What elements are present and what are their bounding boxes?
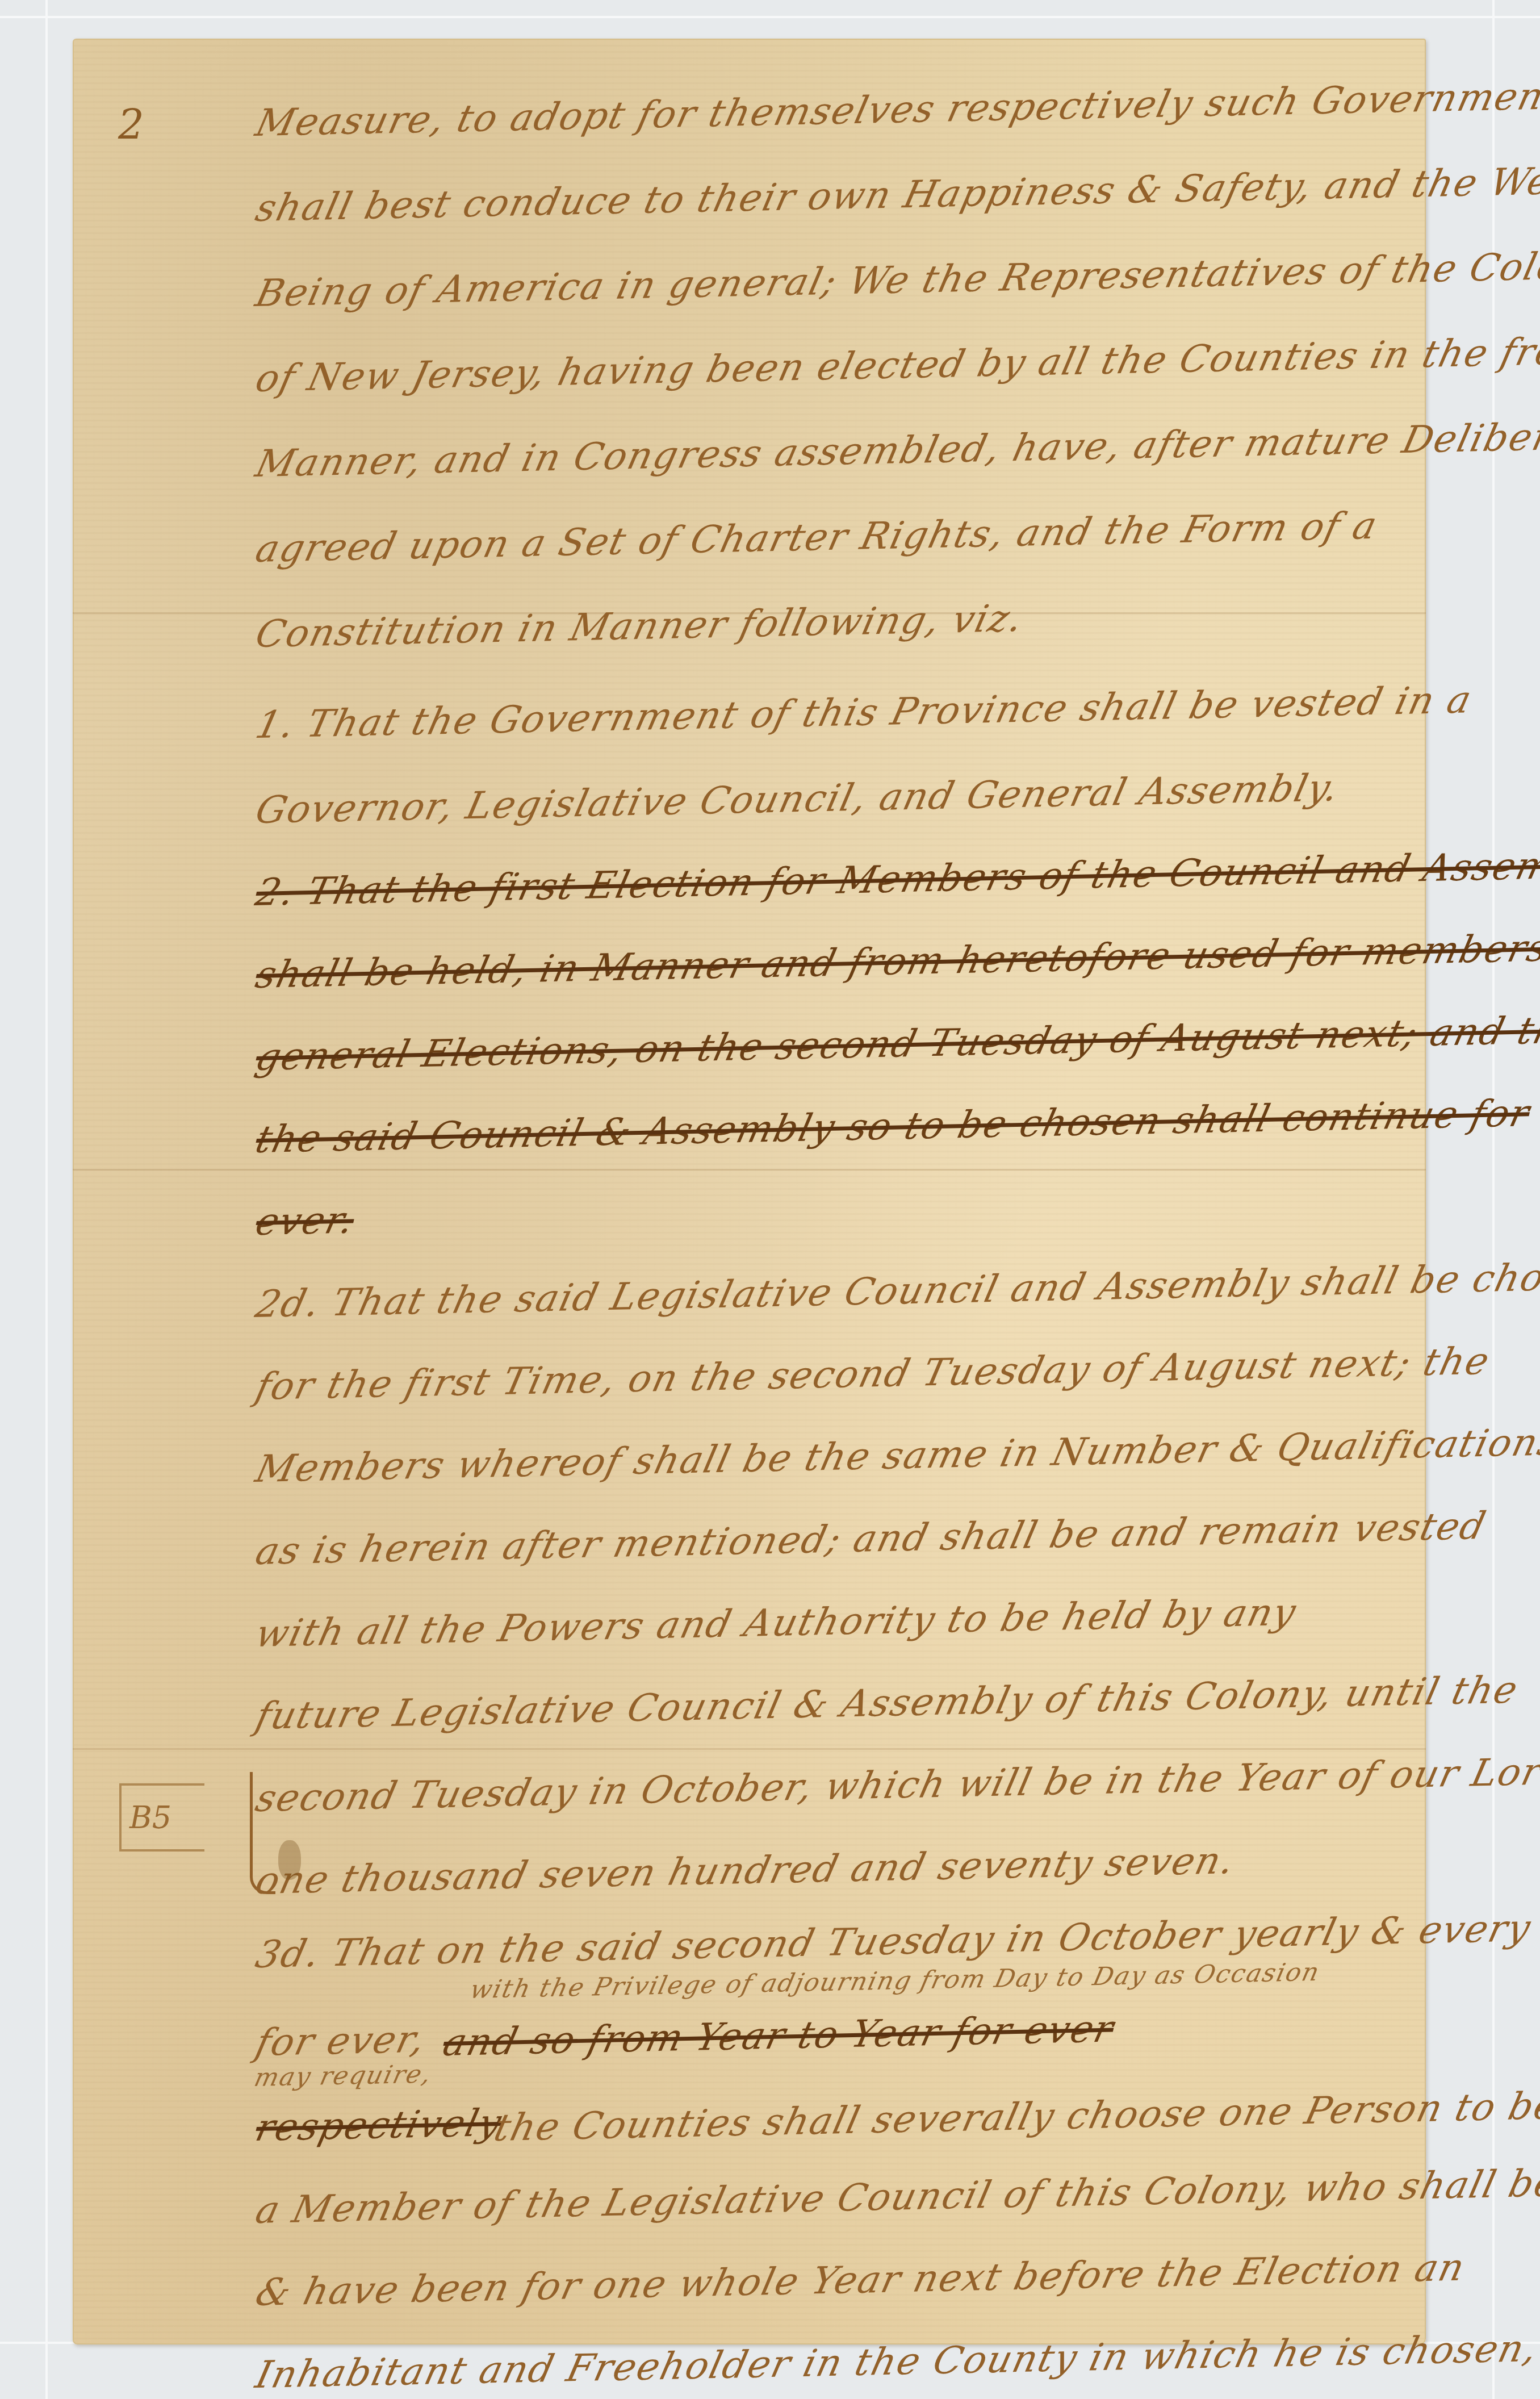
page-number: 2 bbox=[118, 101, 144, 149]
struck-article-line: ever. bbox=[252, 1198, 359, 1244]
article-3-line: for ever, bbox=[252, 2017, 430, 2064]
struck-fragment: and so from Year to Year for ever bbox=[439, 2007, 1119, 2064]
fold-line bbox=[73, 1748, 1426, 1750]
article-3-line: 3d. That on the said second Tuesday in O… bbox=[252, 1904, 1540, 1976]
interlinear-insertion: may require, bbox=[252, 2060, 435, 2092]
article-2-line: for the first Time, on the second Tuesda… bbox=[252, 1339, 1494, 1409]
article-3-line: a Member of the Legislative Council of t… bbox=[252, 2161, 1540, 2232]
ink-stain bbox=[278, 1840, 301, 1880]
article-3-line: the Counties shall severally choose one … bbox=[490, 2084, 1540, 2150]
article-1-line: 1. That the Government of this Province … bbox=[252, 678, 1476, 747]
mount-line-top bbox=[0, 16, 1540, 18]
preamble-line: Manner, and in Congress assembled, have,… bbox=[252, 412, 1540, 486]
fold-line bbox=[73, 1169, 1426, 1171]
article-2-line: 2d. That the said Legislative Council an… bbox=[252, 1254, 1540, 1326]
preamble-line: Constitution in Manner following, viz. bbox=[252, 596, 1028, 656]
preamble-line: Being of America in general; We the Repr… bbox=[252, 243, 1540, 315]
article-2-line: Members whereof shall be the same in Num… bbox=[252, 1420, 1540, 1491]
struck-article-line: the said Council & Assembly so to be cho… bbox=[252, 1091, 1534, 1161]
struck-article-line: shall be held, in Manner and from hereto… bbox=[252, 925, 1540, 997]
article-3-line: Inhabitant and Freeholder in the County … bbox=[252, 2326, 1540, 2397]
article-2-line: with all the Powers and Authority to be … bbox=[252, 1590, 1301, 1656]
margin-note: B5 bbox=[129, 1800, 171, 1836]
article-2-line: one thousand seven hundred and seventy s… bbox=[252, 1838, 1239, 1903]
struck-fragment: respectively bbox=[252, 2101, 507, 2150]
preamble-line: Measure, to adopt for themselves respect… bbox=[252, 73, 1540, 145]
preamble-line: shall best conduce to their own Happines… bbox=[252, 158, 1540, 230]
preamble-line: agreed upon a Set of Charter Rights, and… bbox=[252, 504, 1382, 571]
struck-article-line: general Elections, on the second Tuesday… bbox=[252, 1008, 1540, 1079]
article-2-line: second Tuesday in October, which will be… bbox=[252, 1749, 1540, 1820]
manuscript-page: 2 Measure, to adopt for themselves respe… bbox=[73, 39, 1426, 2344]
preamble-line: of New Jersey, having been elected by al… bbox=[252, 328, 1540, 400]
article-2-line: future Legislative Council & Assembly of… bbox=[252, 1668, 1523, 1738]
bracket-mark bbox=[250, 1772, 275, 1894]
struck-article-line: 2. That the first Election for Members o… bbox=[252, 842, 1540, 914]
article-3-line: & have been for one whole Year next befo… bbox=[252, 2246, 1470, 2314]
margin-note-box: B5 bbox=[119, 1783, 204, 1852]
article-2-line: as is herein after mentioned; and shall … bbox=[252, 1504, 1491, 1573]
mount-line-left bbox=[45, 0, 48, 2399]
article-1-line: Governor, Legislative Council, and Gener… bbox=[252, 766, 1344, 832]
